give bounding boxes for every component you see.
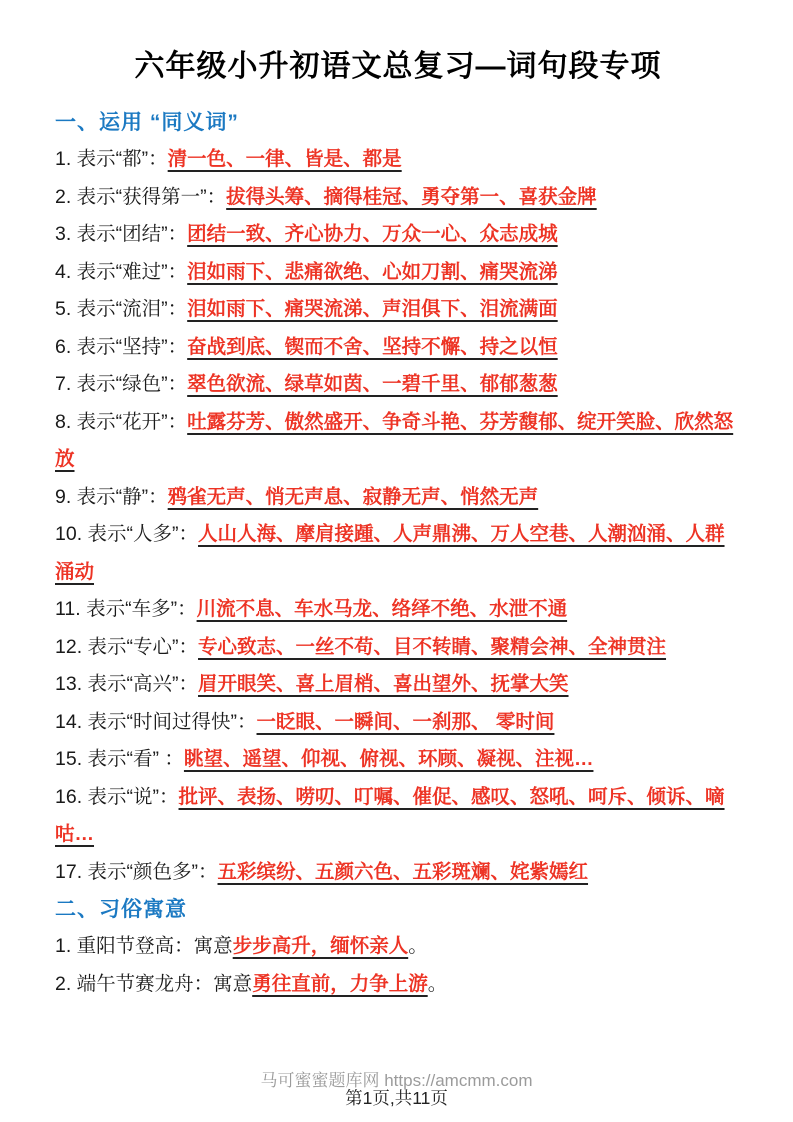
item-suffix: 。 <box>428 973 448 995</box>
item-label: 4. 表示“难过”： <box>55 261 187 283</box>
item-terms: 拔得头筹、摘得桂冠、勇夺第一、喜获金牌 <box>226 186 597 208</box>
item-row: 14. 表示“时间过得快”：一眨眼、一瞬间、一刹那、 零时间 <box>55 704 741 742</box>
item-terms: 泪如雨下、悲痛欲绝、心如刀割、痛哭流涕 <box>187 261 558 283</box>
item-terms: 五彩缤纷、五颜六色、五彩斑斓、姹紫嫣红 <box>218 861 589 883</box>
item-row: 10. 表示“人多”：人山人海、摩肩接踵、人声鼎沸、万人空巷、人潮汹涌、人群涌动 <box>55 516 741 591</box>
item-terms: 奋战到底、锲而不舍、坚持不懈、持之以恒 <box>187 336 558 358</box>
item-row: 13. 表示“高兴”：眉开眼笑、喜上眉梢、喜出望外、抚掌大笑 <box>55 666 741 704</box>
section-heading-2: 二、习俗寓意 <box>55 891 741 928</box>
item-label: 11. 表示“车多”： <box>55 598 197 620</box>
item-label: 17. 表示“颜色多”： <box>55 861 218 883</box>
item-row: 8. 表示“花开”：吐露芬芳、傲然盛开、争奇斗艳、芬芳馥郁、绽开笑脸、欣然怒放 <box>55 404 741 479</box>
item-row: 17. 表示“颜色多”：五彩缤纷、五颜六色、五彩斑斓、姹紫嫣红 <box>55 854 741 892</box>
item-label: 2. 端午节赛龙舟：寓意 <box>55 973 252 995</box>
item-label: 1. 表示“都”： <box>55 148 168 170</box>
item-row: 7. 表示“绿色”：翠色欲流、绿草如茵、一碧千里、郁郁葱葱 <box>55 366 741 404</box>
item-label: 15. 表示“看” ： <box>55 748 184 770</box>
item-row: 4. 表示“难过”：泪如雨下、悲痛欲绝、心如刀割、痛哭流涕 <box>55 254 741 292</box>
item-row: 12. 表示“专心”：专心致志、一丝不苟、目不转睛、聚精会神、全神贯注 <box>55 629 741 667</box>
item-row: 1. 表示“都”：清一色、一律、皆是、都是 <box>55 141 741 179</box>
item-row: 5. 表示“流泪”：泪如雨下、痛哭流涕、声泪俱下、泪流满面 <box>55 291 741 329</box>
item-terms: 川流不息、车水马龙、络绎不绝、水泄不通 <box>197 598 568 620</box>
page-number: 第1页,共11页 <box>0 1088 793 1108</box>
item-label: 1. 重阳节登高：寓意 <box>55 935 233 957</box>
item-label: 14. 表示“时间过得快”： <box>55 711 257 733</box>
item-row: 2. 端午节赛龙舟：寓意勇往直前，力争上游。 <box>55 966 741 1004</box>
item-terms: 一眨眼、一瞬间、一刹那、 零时间 <box>257 711 555 733</box>
item-terms: 眉开眼笑、喜上眉梢、喜出望外、抚掌大笑 <box>198 673 569 695</box>
item-row: 16. 表示“说”：批评、表扬、唠叨、叮嘱、催促、感叹、怒吼、呵斥、倾诉、嘀咕… <box>55 779 741 854</box>
item-label: 12. 表示“专心”： <box>55 636 198 658</box>
item-terms: 专心致志、一丝不苟、目不转睛、聚精会神、全神贯注 <box>198 636 666 658</box>
item-label: 5. 表示“流泪”： <box>55 298 187 320</box>
section-heading-1: 一、运用 “同义词” <box>55 104 741 141</box>
item-row: 9. 表示“静”：鸦雀无声、悄无声息、寂静无声、悄然无声 <box>55 479 741 517</box>
item-label: 8. 表示“花开”： <box>55 411 187 433</box>
page-title: 六年级小升初语文总复习—词句段专项 <box>55 46 741 88</box>
item-label: 13. 表示“高兴”： <box>55 673 198 695</box>
item-label: 9. 表示“静”： <box>55 486 168 508</box>
item-row: 15. 表示“看” ：眺望、遥望、仰视、俯视、环顾、凝视、注视… <box>55 741 741 779</box>
item-terms: 眺望、遥望、仰视、俯视、环顾、凝视、注视… <box>184 748 594 770</box>
item-row: 11. 表示“车多”：川流不息、车水马龙、络绎不绝、水泄不通 <box>55 591 741 629</box>
page-footer: 马可蜜蜜题库网 https://amcmm.com 第1页,共11页 <box>0 1071 793 1108</box>
item-label: 16. 表示“说”： <box>55 786 179 808</box>
document-page: 六年级小升初语文总复习—词句段专项 一、运用 “同义词” 1. 表示“都”：清一… <box>0 0 793 1003</box>
item-terms: 鸦雀无声、悄无声息、寂静无声、悄然无声 <box>168 486 539 508</box>
item-label: 2. 表示“获得第一”： <box>55 186 226 208</box>
item-terms: 勇往直前，力争上游 <box>252 973 428 995</box>
item-terms: 翠色欲流、绿草如茵、一碧千里、郁郁葱葱 <box>187 373 558 395</box>
item-terms: 泪如雨下、痛哭流涕、声泪俱下、泪流满面 <box>187 298 558 320</box>
item-terms: 团结一致、齐心协力、万众一心、众志成城 <box>187 223 558 245</box>
item-row: 6. 表示“坚持”：奋战到底、锲而不舍、坚持不懈、持之以恒 <box>55 329 741 367</box>
item-suffix: 。 <box>408 935 428 957</box>
item-terms: 步步高升，缅怀亲人 <box>233 935 409 957</box>
item-label: 6. 表示“坚持”： <box>55 336 187 358</box>
item-label: 10. 表示“人多”： <box>55 523 198 545</box>
item-label: 3. 表示“团结”： <box>55 223 187 245</box>
item-label: 7. 表示“绿色”： <box>55 373 187 395</box>
item-terms: 清一色、一律、皆是、都是 <box>168 148 402 170</box>
item-row: 1. 重阳节登高：寓意步步高升，缅怀亲人。 <box>55 928 741 966</box>
item-row: 2. 表示“获得第一”：拔得头筹、摘得桂冠、勇夺第一、喜获金牌 <box>55 179 741 217</box>
item-row: 3. 表示“团结”：团结一致、齐心协力、万众一心、众志成城 <box>55 216 741 254</box>
